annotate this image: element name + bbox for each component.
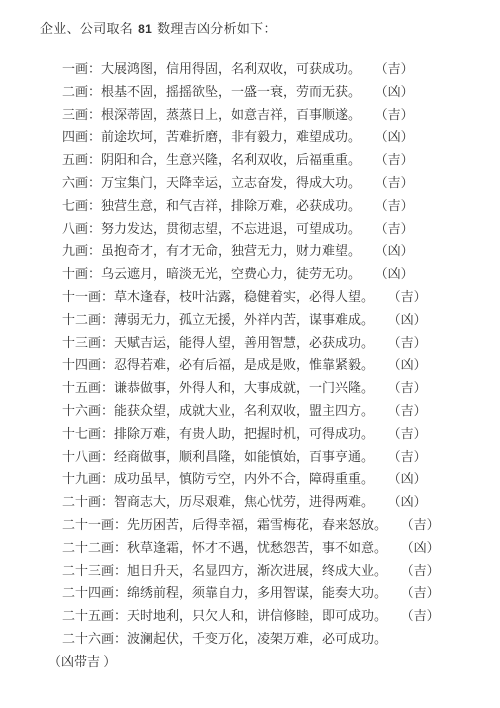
entry-desc: 能获众望，成就大业，名利双收，盟主四方。 [114,403,374,418]
entry-desc: 根基不固，摇摇欲坠，一盛一衰，劳而无获。 [101,84,361,99]
entry-label: 四画： [62,129,101,144]
entry-row: 十画：乌云遮月，暗淡无光，空费心力，徒劳无功。（凶） [62,263,480,286]
entry-verdict: （吉） [407,517,440,532]
entry-row: 四画：前途坎坷，苦难折磨，非有毅力，难望成功。（凶） [62,126,480,149]
entry-label: 十八画： [62,449,114,464]
entry-row: 二十画：智商志大，历尽艰难，焦心忧劳，进得两难。（凶） [62,491,480,514]
entry-label: 十六画： [62,403,114,418]
entry-desc: 根深蒂固，蒸蒸日上，如意吉祥，百事顺遂。 [101,107,361,122]
entry-label: 二十一画： [62,517,127,532]
entry-row: 九画：虽抱奇才，有才无命，独营无力，财力难望。（凶） [62,240,480,263]
entry-label: 二画： [62,84,101,99]
entry-label: 八画： [62,221,101,236]
entry-verdict: （吉） [394,449,427,464]
entry-desc: 薄弱无力，孤立无援，外祥内苦，谋事难成。 [114,312,374,327]
entry-row: 十九画：成功虽早，慎防亏空，内外不合，障碍重重。（凶） [62,468,480,491]
entry-desc: 天赋吉运，能得人望，善用智慧，必获成功。 [114,335,374,350]
entry-desc: 谦恭做事，外得人和，大事成就，一门兴隆。 [114,380,374,395]
entry-verdict: （凶） [381,129,414,144]
entry-row: 七画：独营生意，和气吉祥，排除万难，必获成功。（吉） [62,195,480,218]
entry-label: 九画： [62,243,101,258]
entry-verdict: （吉） [381,198,414,213]
entry-verdict: （吉） [394,380,427,395]
entry-verdict: （吉） [394,403,427,418]
entry-row: 五画：阴阳和合，生意兴隆，名利双收，后福重重。（吉） [62,149,480,172]
entry-desc: 旭日升天，名显四方，渐次进展，终成大业。 [127,563,387,578]
entry-row: 十一画：草木逢春，枝叶沾露，稳健着实，必得人望。（吉） [62,286,480,309]
title-number: 81 [138,22,152,36]
entry-desc: 前途坎坷，苦难折磨，非有毅力，难望成功。 [101,129,361,144]
entry-label: 一画： [62,61,101,76]
entry-row: 十二画：薄弱无力，孤立无援，外祥内苦，谋事难成。（凶） [62,309,480,332]
entry-row: 十七画：排除万难，有贵人助，把握时机，可得成功。（吉） [62,423,480,446]
entry-desc: 阴阳和合，生意兴隆，名利双收，后福重重。 [101,152,361,167]
entry-desc: 秋草逢霜，怀才不遇，忧愁怨苦，事不如意。 [127,540,387,555]
entry-label: 二十画： [62,494,114,509]
entry-label: 十三画： [62,335,114,350]
entry-verdict: （吉） [394,335,427,350]
entry-verdict: （吉） [394,426,427,441]
entry-row: 二十三画：旭日升天，名显四方，渐次进展，终成大业。（吉） [62,560,480,583]
entry-verdict: （吉） [394,289,427,304]
entry-verdict: （吉） [381,61,414,76]
entry-label: 十画： [62,266,101,281]
entry-label: 三画： [62,107,101,122]
verdict-footnote: （凶带吉 ） [40,651,480,674]
entry-desc: 独营生意，和气吉祥，排除万难，必获成功。 [101,198,361,213]
entry-row: 三画：根深蒂固，蒸蒸日上，如意吉祥，百事顺遂。（吉） [62,104,480,127]
entry-verdict: （凶） [394,494,427,509]
entry-desc: 经商做事，顺利昌隆，如能慎始，百事亨通。 [114,449,374,464]
entry-row: 二十六画：波澜起伏，千变万化，凌架万难，必可成功。 [62,628,480,651]
entry-row: 二画：根基不固，摇摇欲坠，一盛一衰，劳而无获。（凶） [62,81,480,104]
entry-verdict: （凶） [381,243,414,258]
entry-label: 二十五画： [62,608,127,623]
entry-label: 二十二画： [62,540,127,555]
title-prefix: 企业、公司取名 [40,21,133,36]
entry-verdict: （吉） [407,563,440,578]
entry-row: 十五画：谦恭做事，外得人和，大事成就，一门兴隆。（吉） [62,377,480,400]
entry-verdict: （吉） [381,221,414,236]
entry-row: 十四画：忍得若难，必有后福，是成是败，惟靠紧毅。（凶） [62,354,480,377]
entry-desc: 先历困苦，后得幸福，霜雪梅花，春来怒放。 [127,517,387,532]
entry-desc: 努力发达，贯彻志望，不忘进退，可望成功。 [101,221,361,236]
entry-desc: 排除万难，有贵人助，把握时机，可得成功。 [114,426,374,441]
entry-label: 十五画： [62,380,114,395]
entry-desc: 绵绣前程，须靠自力，多用智谋，能奏大功。 [127,585,387,600]
entry-label: 十四画： [62,357,114,372]
entry-row: 八画：努力发达，贯彻志望，不忘进退，可望成功。（吉） [62,218,480,241]
entry-desc: 草木逢春，枝叶沾露，稳健着实，必得人望。 [114,289,374,304]
entry-verdict: （凶） [394,312,427,327]
entry-label: 六画： [62,175,101,190]
title-suffix: 数理吉凶分析如下： [157,21,277,36]
entry-row: 六画：万宝集门，天降幸运，立志奋发，得成大功。（吉） [62,172,480,195]
entry-row: 二十五画：天时地利，只欠人和，讲信修睦，即可成功。（吉） [62,605,480,628]
document-page: 企业、公司取名81数理吉凶分析如下： 一画：大展鸿图，信用得固，名利双收，可获成… [0,0,500,708]
entry-verdict: （凶） [394,471,427,486]
entry-row: 十八画：经商做事，顺利昌隆，如能慎始，百事亨通。（吉） [62,446,480,469]
entry-verdict: （吉） [381,152,414,167]
entry-label: 五画： [62,152,101,167]
entry-label: 十一画： [62,289,114,304]
entry-row: 十三画：天赋吉运，能得人望，善用智慧，必获成功。（吉） [62,332,480,355]
entry-desc: 成功虽早，慎防亏空，内外不合，障碍重重。 [114,471,374,486]
entry-desc: 波澜起伏，千变万化，凌架万难，必可成功。 [127,631,387,646]
entry-desc: 虽抱奇才，有才无命，独营无力，财力难望。 [101,243,361,258]
entry-label: 二十三画： [62,563,127,578]
entry-verdict: （吉） [407,585,440,600]
entry-desc: 乌云遮月，暗淡无光，空费心力，徒劳无功。 [101,266,361,281]
entry-desc: 大展鸿图，信用得固，名利双收，可获成功。 [101,61,361,76]
entry-verdict: （吉） [407,608,440,623]
entry-row: 二十一画：先历困苦，后得幸福，霜雪梅花，春来怒放。（吉） [62,514,480,537]
entry-row: 二十四画：绵绣前程，须靠自力，多用智谋，能奏大功。（吉） [62,582,480,605]
entry-label: 二十四画： [62,585,127,600]
entry-label: 十七画： [62,426,114,441]
entry-row: 二十二画：秋草逢霜，怀才不遇，忧愁怨苦，事不如意。（凶） [62,537,480,560]
entry-label: 十九画： [62,471,114,486]
entry-verdict: （凶） [407,540,440,555]
entry-verdict: （凶） [381,266,414,281]
entries-list: 一画：大展鸿图，信用得固，名利双收，可获成功。（吉） 二画：根基不固，摇摇欲坠，… [40,58,480,651]
entry-desc: 智商志大，历尽艰难，焦心忧劳，进得两难。 [114,494,374,509]
page-title: 企业、公司取名81数理吉凶分析如下： [40,20,480,38]
entry-desc: 忍得若难，必有后福，是成是败，惟靠紧毅。 [114,357,374,372]
entry-row: 十六画：能获众望，成就大业，名利双收，盟主四方。（吉） [62,400,480,423]
entry-desc: 天时地利，只欠人和，讲信修睦，即可成功。 [127,608,387,623]
entry-verdict: （吉） [381,107,414,122]
entry-verdict: （凶） [381,84,414,99]
entry-label: 七画： [62,198,101,213]
entry-verdict: （凶） [394,357,427,372]
entry-desc: 万宝集门，天降幸运，立志奋发，得成大功。 [101,175,361,190]
entry-verdict: （吉） [381,175,414,190]
entry-label: 二十六画： [62,631,127,646]
entry-row: 一画：大展鸿图，信用得固，名利双收，可获成功。（吉） [62,58,480,81]
entry-label: 十二画： [62,312,114,327]
